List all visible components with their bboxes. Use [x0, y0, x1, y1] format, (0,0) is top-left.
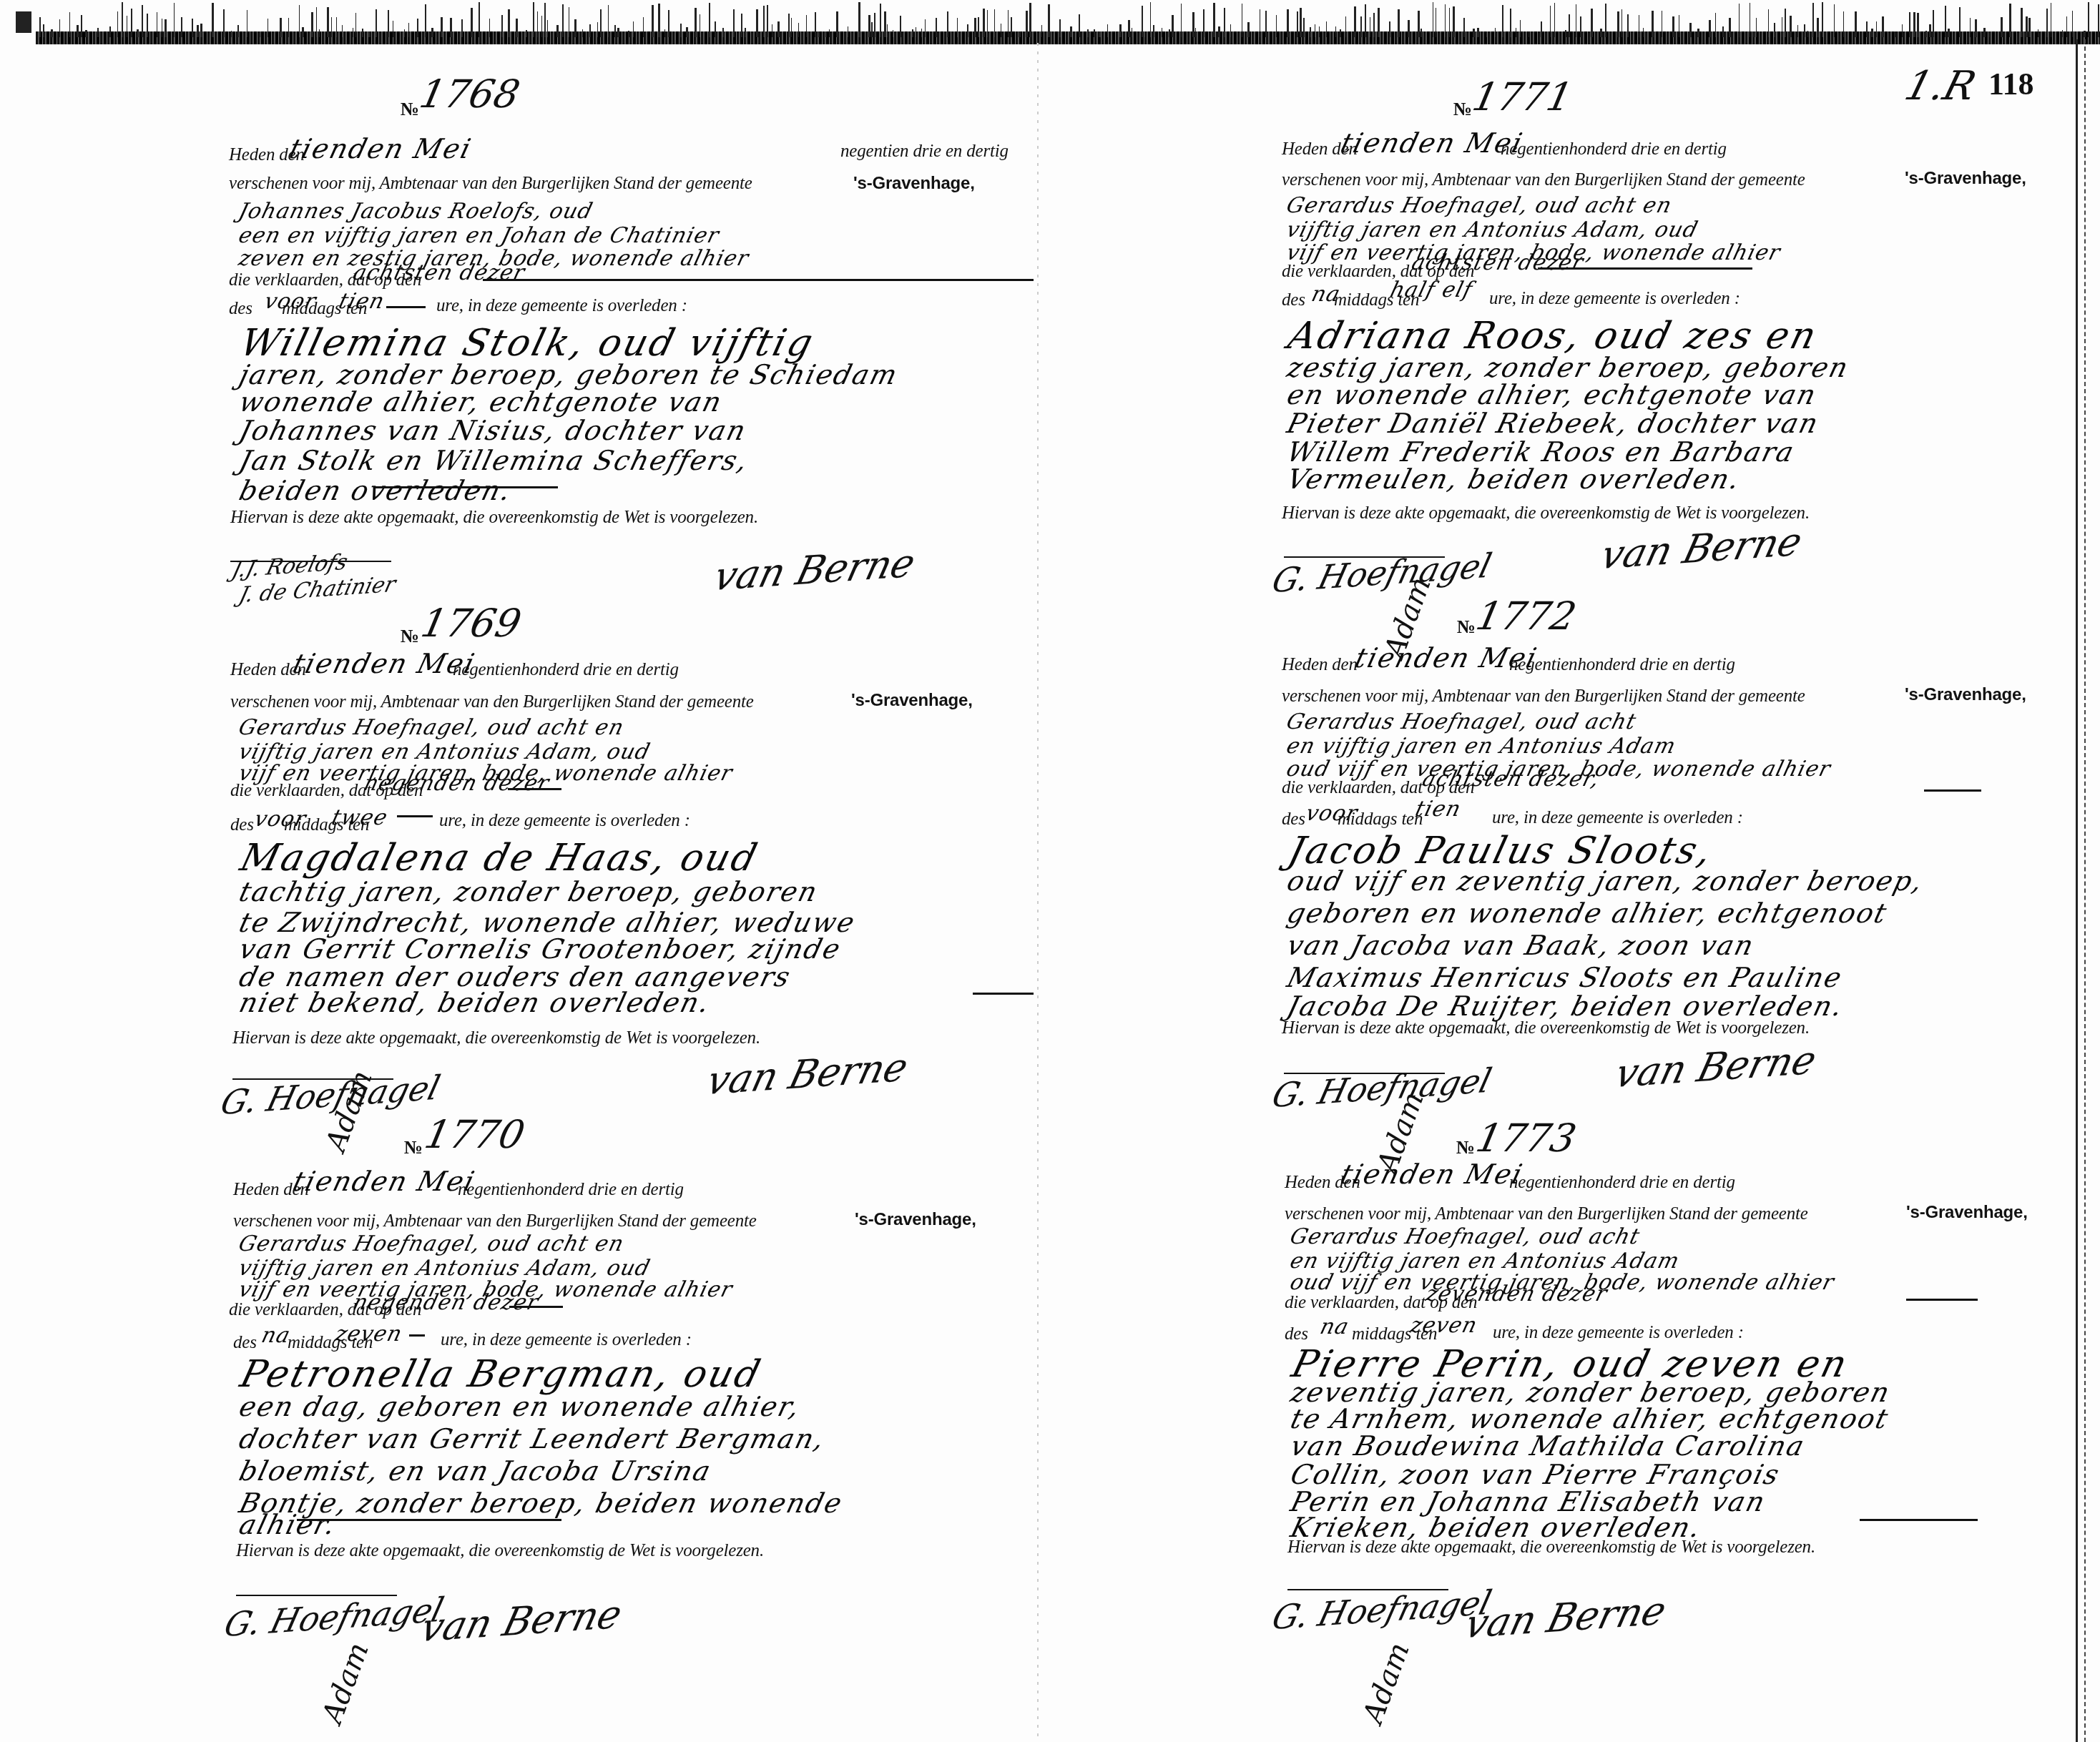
year-phrase: negentienhonderd drie en dertig [453, 660, 679, 680]
witness-line: en vijftig jaren en Antonius Adam [1284, 734, 1679, 759]
hiervan-statement: Hiervan is deze akte opgemaakt, die over… [236, 1541, 764, 1561]
year-phrase: negentienhonderd drie en dertig [1509, 1173, 1735, 1193]
year-phrase: negentien drie en dertig [840, 142, 1009, 162]
deceased-line: Petronella Bergman, oud [236, 1353, 767, 1396]
signature-witness-1: G. Hoefnagel [1268, 546, 1496, 600]
deceased-line: Adriana Roos, oud zes en [1284, 315, 1822, 358]
right-border-line [2076, 39, 2078, 1742]
record-date: tienden Mei [1338, 1158, 1526, 1190]
signature-rule [230, 561, 391, 562]
scan-artifact-bar [1048, 4, 1050, 37]
hiervan-statement: Hiervan is deze akte opgemaakt, die over… [1282, 1018, 1810, 1038]
signature-registrar: van Berne [702, 1044, 913, 1104]
deceased-line: wonende alhier, echtgenote van [236, 386, 726, 418]
filler-rule [297, 1519, 561, 1521]
ure-label: ure, in deze gemeente is overleden : [439, 811, 690, 831]
verschenen-label: verschenen voor mij, Ambtenaar van den B… [1285, 1204, 1808, 1224]
record-number: 1769 [417, 601, 525, 646]
des-label: des [230, 815, 254, 835]
hiervan-statement: Hiervan is deze akte opgemaakt, die over… [1282, 503, 1810, 523]
deceased-line: alhier. [236, 1509, 340, 1540]
folio-mark: 1.R [1900, 63, 1981, 109]
ure-label: ure, in deze gemeente is overleden : [1492, 808, 1743, 828]
signature-witness-2: Adam [1357, 1638, 1416, 1728]
filler-rule [1906, 1299, 1978, 1301]
deceased-line: Vermeulen, beiden overleden. [1284, 463, 1744, 495]
gemeente-name: 's-Gravenhage, [1906, 1203, 2028, 1223]
witness-line: vijftig jaren en Antonius Adam, oud [1284, 217, 1701, 242]
filler-rule [1538, 267, 1752, 270]
deceased-line: beiden overleden. [236, 475, 515, 506]
witness-line: Gerardus Hoefnagel, oud acht en [236, 1231, 627, 1256]
deceased-line: Pieter Daniël Riebeek, dochter van [1284, 408, 1822, 439]
declared-day: negenden dezer [361, 771, 552, 796]
right-page: 1.R 118 № 1771 Heden den tienden Mei neg… [1051, 0, 2074, 1742]
signature-witness-2: Adam [316, 1638, 376, 1728]
right-border-line-dashed [2084, 39, 2086, 1742]
deceased-line: Magdalena de Haas, oud [236, 837, 763, 880]
death-hour: zeven [1408, 1313, 1480, 1338]
des-label: des [1285, 1324, 1308, 1344]
death-hour: half elf [1388, 277, 1476, 302]
scan-artifact-bar [2084, 31, 2086, 37]
declared-day: zevenden dezer [1423, 1281, 1610, 1306]
middags-ten-label: middags ten [1338, 810, 1423, 830]
des-label: des [233, 1333, 257, 1353]
hiervan-statement: Hiervan is deze akte opgemaakt, die over… [232, 1028, 760, 1048]
signature-registrar: van Berne [710, 540, 920, 600]
number-sign: № [1456, 1137, 1475, 1158]
declared-day: negenden dezer [350, 1290, 541, 1315]
witness-line: een en vijftig jaren en Johan de Chatini… [236, 223, 722, 248]
deceased-line: en wonende alhier, echtgenote van [1284, 379, 1820, 410]
witness-line: Gerardus Hoefnagel, oud acht en [1284, 193, 1674, 218]
ure-label: ure, in deze gemeente is overleden : [1489, 289, 1740, 309]
deceased-line: oud vijf en zeventig jaren, zonder beroe… [1284, 865, 1927, 897]
signature-registrar: van Berne [416, 1591, 627, 1651]
gemeente-name: 's-Gravenhage, [1905, 685, 2026, 705]
year-phrase: negentienhonderd drie en dertig [1501, 139, 1727, 159]
declared-day: achtsten dezer, [1420, 767, 1602, 792]
death-hour: tien [336, 289, 387, 314]
filler-rule [386, 306, 426, 308]
meridiem: na [1318, 1314, 1352, 1339]
record-number: 1772 [1472, 594, 1580, 639]
witness-line: Gerardus Hoefnagel, oud acht [1284, 709, 1639, 734]
record-number: 1773 [1472, 1116, 1580, 1161]
hiervan-statement: Hiervan is deze akte opgemaakt, die over… [230, 508, 758, 528]
verschenen-label: verschenen voor mij, Ambtenaar van den B… [1282, 170, 1805, 190]
scan-artifact-bar [2098, 4, 2099, 37]
declared-day: achtsten dezer [1409, 250, 1586, 275]
scan-artifact-bar [2088, 2, 2089, 37]
filler-rule [509, 1306, 563, 1308]
deceased-line: niet bekend, beiden overleden. [236, 987, 714, 1018]
record-date: tienden Mei [1338, 127, 1526, 159]
gemeente-name: 's-Gravenhage, [1905, 169, 2026, 189]
record-number: 1770 [421, 1112, 529, 1157]
declared-day: achtsten dezer [350, 260, 528, 285]
record-date: tienden Mei [290, 1166, 479, 1197]
deceased-line: van Boudewina Mathilda Carolina [1287, 1430, 1809, 1462]
verschenen-label: verschenen voor mij, Ambtenaar van den B… [1282, 687, 1805, 707]
deceased-line: Maximus Henricus Sloots en Pauline [1284, 962, 1846, 993]
filler-rule [1924, 789, 1981, 792]
signature-witness-1: G. Hoefnagel [220, 1590, 448, 1644]
gemeente-name: 's-Gravenhage, [851, 691, 973, 711]
ure-label: ure, in deze gemeente is overleden : [1493, 1323, 1744, 1343]
des-label: des [1282, 290, 1305, 310]
deceased-line: Johannes van Nisius, dochter van [236, 415, 750, 446]
verschenen-label: verschenen voor mij, Ambtenaar van den B… [230, 692, 754, 712]
year-phrase: negentienhonderd drie en dertig [458, 1180, 684, 1200]
deceased-line: dochter van Gerrit Leendert Bergman, [236, 1423, 828, 1455]
filler-rule [508, 788, 561, 790]
deceased-line: Willemina Stolk, oud vijftig [236, 322, 819, 365]
ure-label: ure, in deze gemeente is overleden : [436, 296, 687, 316]
heden-den-label: Heden den [1282, 655, 1358, 675]
deceased-line: Jan Stolk en Willemina Scheffers, [236, 445, 752, 476]
page-number: 118 [1988, 66, 2034, 102]
filler-rule [397, 815, 433, 817]
filler-rule [973, 993, 1034, 995]
record-date: tienden Mei [286, 133, 475, 164]
signature-registrar: van Berne [1596, 518, 1807, 579]
filler-rule [483, 279, 1034, 281]
number-sign: № [404, 1137, 423, 1158]
witness-line: Gerardus Hoefnagel, oud acht en [236, 715, 627, 740]
deceased-line: van Jacoba van Baak, zoon van [1284, 930, 1758, 961]
gemeente-name: 's-Gravenhage, [855, 1210, 976, 1230]
verschenen-label: verschenen voor mij, Ambtenaar van den B… [233, 1211, 757, 1231]
filler-rule [409, 1334, 425, 1337]
ure-label: ure, in deze gemeente is overleden : [441, 1330, 692, 1350]
filler-rule [1860, 1519, 1978, 1521]
signature-witness-1: G. Hoefnagel [1268, 1583, 1496, 1637]
gemeente-name: 's-Gravenhage, [853, 174, 975, 194]
signature-registrar: van Berne [1611, 1037, 1821, 1097]
witness-line: Johannes Jacobus Roelofs, oud [236, 199, 596, 224]
year-phrase: negentienhonderd drie en dertig [1509, 655, 1735, 675]
record-number: 1768 [416, 72, 524, 117]
deceased-line: Jacoba De Ruijter, beiden overleden. [1284, 990, 1847, 1022]
filler-rule [376, 486, 558, 488]
record-number: 1771 [1468, 74, 1576, 119]
deceased-line: geboren en wonende alhier, echtgenoot [1284, 897, 1891, 929]
deceased-line: bloemist, en van Jacoba Ursina [236, 1455, 715, 1487]
des-label: des [229, 299, 252, 319]
death-hour: twee [329, 805, 391, 830]
des-label: des [1282, 810, 1305, 830]
deceased-line: tachtig jaren, zonder beroep, geboren [236, 876, 822, 907]
hiervan-statement: Hiervan is deze akte opgemaakt, die over… [1287, 1537, 1815, 1558]
death-hour: zeven [333, 1322, 405, 1347]
left-page: № 1768 Heden den tienden Mei negentien d… [0, 0, 1044, 1742]
deceased-line: een dag, geboren en wonende alhier, [236, 1391, 804, 1422]
death-hour: tien [1413, 797, 1463, 822]
deceased-line: van Gerrit Cornelis Grootenboer, zijnde [236, 933, 845, 965]
number-sign: № [401, 626, 419, 647]
witness-line: Gerardus Hoefnagel, oud acht [1287, 1224, 1643, 1249]
record-date: tienden Mei [290, 648, 479, 679]
signature-witness-1: G. Hoefnagel [1268, 1061, 1496, 1115]
verschenen-label: verschenen voor mij, Ambtenaar van den B… [229, 174, 752, 194]
